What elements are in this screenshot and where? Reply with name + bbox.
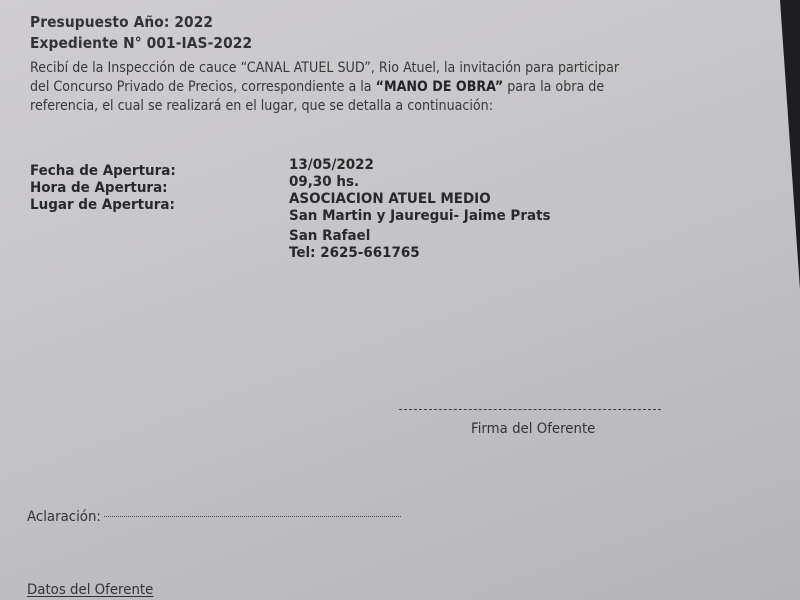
- opening-date-label: Fecha de Apertura:: [30, 163, 176, 180]
- opening-time-value: 09,30 hs.: [289, 174, 359, 191]
- signature-line: [399, 409, 661, 410]
- clarification-label: Aclaración:: [27, 509, 101, 525]
- clarification-dotted-line: [104, 516, 401, 517]
- opening-place-name: ASOCIACION ATUEL MEDIO: [289, 191, 491, 208]
- paragraph-line-2-start: del Concurso Privado de Precios, corresp…: [30, 79, 376, 95]
- opening-place-label: Lugar de Apertura:: [30, 197, 175, 214]
- work-type-emphasis: “MANO DE OBRA”: [376, 79, 504, 95]
- paragraph-line-2-end: para la obra de: [503, 79, 604, 95]
- opening-time-label: Hora de Apertura:: [30, 180, 168, 197]
- opening-date-value: 13/05/2022: [289, 157, 374, 174]
- paragraph-line-1: Recibí de la Inspección de cauce “CANAL …: [30, 59, 619, 78]
- opening-place-city: San Rafael: [289, 228, 370, 245]
- budget-year: Presupuesto Año: 2022: [30, 13, 213, 31]
- opening-place-address: San Martin y Jauregui- Jaime Prats: [289, 208, 551, 225]
- document-page: Presupuesto Año: 2022 Expediente N° 001-…: [0, 0, 800, 600]
- file-number: Expediente N° 001-IAS-2022: [30, 34, 252, 52]
- paragraph-line-3: referencia, el cual se realizará en el l…: [30, 97, 493, 116]
- bidder-data-heading: Datos del Oferente: [27, 582, 153, 598]
- signature-label: Firma del Oferente: [471, 421, 595, 437]
- opening-place-phone: Tel: 2625-661765: [289, 245, 420, 262]
- paragraph-line-2: del Concurso Privado de Precios, corresp…: [30, 78, 604, 97]
